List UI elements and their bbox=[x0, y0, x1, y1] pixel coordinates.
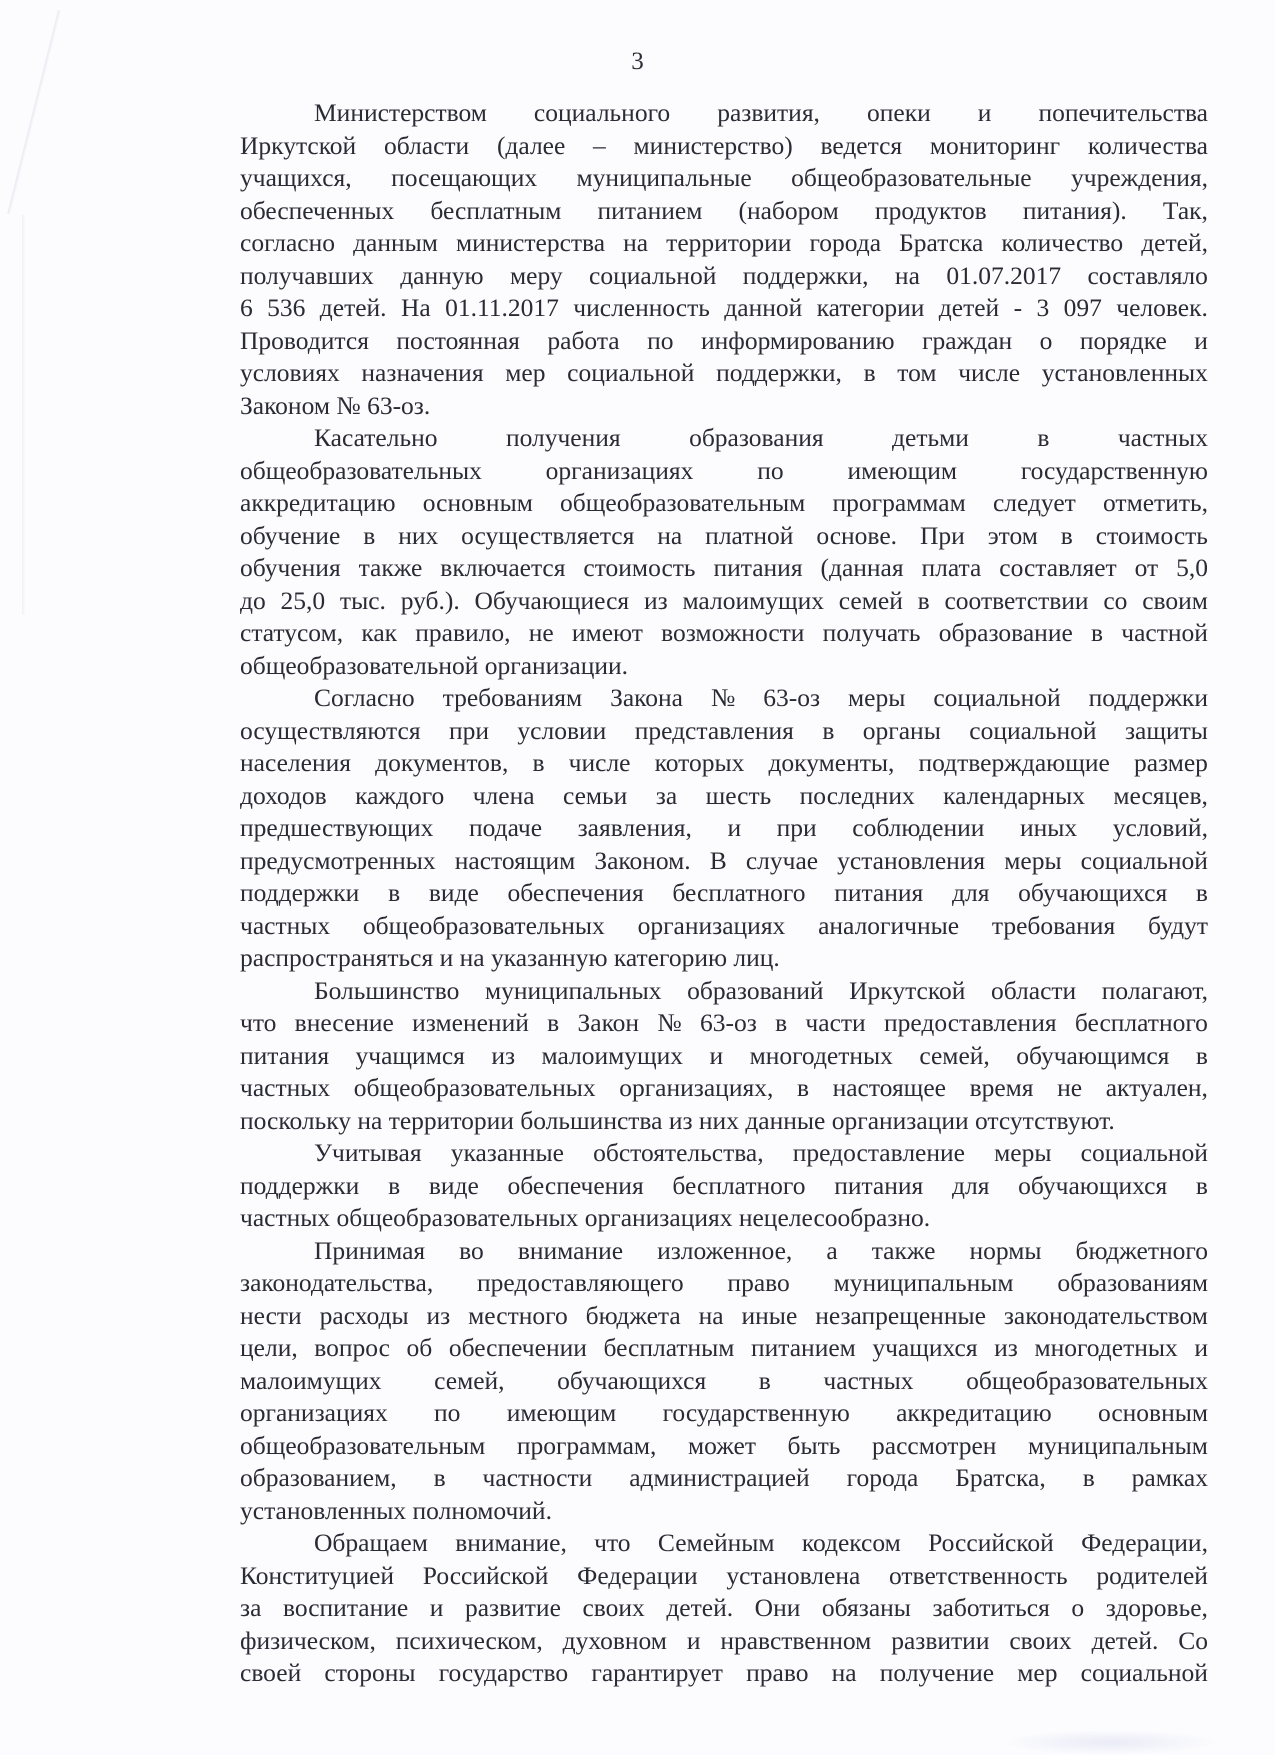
text-line: поддержкиввидеобеспечениябесплатногопита… bbox=[240, 1170, 1208, 1203]
text-line: БольшинствомуниципальныхобразованийИркут… bbox=[240, 975, 1208, 1008]
text-line: организацияхпоимеющимгосударственнуюаккр… bbox=[240, 1397, 1208, 1430]
text-line: физическом,психическом,духовноминравстве… bbox=[240, 1625, 1208, 1658]
text-line: Проводитсяпостояннаяработапоинформирован… bbox=[240, 325, 1208, 358]
paragraph: Учитываяуказанныеобстоятельства,предоста… bbox=[240, 1137, 1208, 1235]
text-line: поддержкиввидеобеспечениябесплатногопита… bbox=[240, 877, 1208, 910]
text-line: законодательства,предоставляющегоправому… bbox=[240, 1267, 1208, 1300]
text-line: своейстороныгосударствогарантируетправон… bbox=[240, 1657, 1208, 1690]
text-line: общеобразовательныхорганизацияхпоимеющим… bbox=[240, 455, 1208, 488]
text-line: Учитываяуказанныеобстоятельства,предоста… bbox=[240, 1137, 1208, 1170]
paragraph: Обращаемвнимание,чтоСемейнымкодексомРосс… bbox=[240, 1527, 1208, 1690]
text-line: малоимущихсемей,обучающихсявчастныхобщео… bbox=[240, 1365, 1208, 1398]
scan-smudge bbox=[1000, 1730, 1220, 1755]
text-line: чтовнесениеизмененийвЗакон№63-озвчастипр… bbox=[240, 1007, 1208, 1040]
text-line: частныхобщеобразовательныхорганизациях,в… bbox=[240, 1072, 1208, 1105]
text-line: предусмотренныхнастоящимЗаконом.Вслучаеу… bbox=[240, 845, 1208, 878]
text-line: получавшихданнуюмерусоциальнойподдержки,… bbox=[240, 260, 1208, 293]
scan-fold-mark bbox=[7, 10, 61, 214]
text-line: установленных полномочий. bbox=[240, 1495, 1208, 1528]
page-number: 3 bbox=[0, 48, 1275, 76]
text-line: частныхобщеобразовательныхорганизацияхан… bbox=[240, 910, 1208, 943]
text-line: обучениятакжевключаетсястоимостьпитания(… bbox=[240, 552, 1208, 585]
text-line: статусом,какправило,неимеютвозможностипо… bbox=[240, 617, 1208, 650]
text-line: образованием,вчастностиадминистрациейгор… bbox=[240, 1462, 1208, 1495]
text-line: предшествующихподачезаявления,иприсоблюд… bbox=[240, 812, 1208, 845]
text-line: 6536детей.На01.11.2017численностьданнойк… bbox=[240, 292, 1208, 325]
text-line: обеспеченныхбесплатнымпитанием(наборомпр… bbox=[240, 195, 1208, 228]
document-body: Министерствомсоциальногоразвития,опекиип… bbox=[240, 97, 1208, 1690]
text-line: Принимаявовниманиеизложенное,атакженормы… bbox=[240, 1235, 1208, 1268]
text-line: питанияучащимсяизмалоимущихимногодетныхс… bbox=[240, 1040, 1208, 1073]
paragraph: Принимаявовниманиеизложенное,атакженормы… bbox=[240, 1235, 1208, 1528]
scan-fold-mark-lower bbox=[22, 215, 25, 615]
text-line: Иркутскойобласти(далее–министерство)веде… bbox=[240, 130, 1208, 163]
document-page: 3 Министерствомсоциальногоразвития,опеки… bbox=[0, 0, 1275, 1755]
paragraph: СогласнотребованиямЗакона№63-озмерысоциа… bbox=[240, 682, 1208, 975]
paragraph: Министерствомсоциальногоразвития,опекиип… bbox=[240, 97, 1208, 422]
text-line: КонституциейРоссийскойФедерацииустановле… bbox=[240, 1560, 1208, 1593]
text-line: аккредитациюосновнымобщеобразовательнымп… bbox=[240, 487, 1208, 520]
text-line: СогласнотребованиямЗакона№63-озмерысоциа… bbox=[240, 682, 1208, 715]
text-line: условияхназначениямерсоциальнойподдержки… bbox=[240, 357, 1208, 390]
text-line: Касательнополученияобразованиядетьмивчас… bbox=[240, 422, 1208, 455]
text-line: частных общеобразовательных организациях… bbox=[240, 1202, 1208, 1235]
text-line: завоспитаниеиразвитиесвоихдетей.Ониобяза… bbox=[240, 1592, 1208, 1625]
text-line: учащихся,посещающихмуниципальныеобщеобра… bbox=[240, 162, 1208, 195]
text-line: Обращаемвнимание,чтоСемейнымкодексомРосс… bbox=[240, 1527, 1208, 1560]
text-line: общеобразовательной организации. bbox=[240, 650, 1208, 683]
text-line: осуществляютсяприусловиипредставлениявор… bbox=[240, 715, 1208, 748]
text-line: населениядокументов,вчислекоторыхдокумен… bbox=[240, 747, 1208, 780]
text-line: цели,вопрособобеспечениибесплатнымпитани… bbox=[240, 1332, 1208, 1365]
paragraph: Касательнополученияобразованиядетьмивчас… bbox=[240, 422, 1208, 682]
text-line: согласноданнымминистерстванатерриторииго… bbox=[240, 227, 1208, 260]
paragraph: БольшинствомуниципальныхобразованийИркут… bbox=[240, 975, 1208, 1138]
text-line: доходовкаждогочленасемьизашестьпоследних… bbox=[240, 780, 1208, 813]
text-line: до25,0тыс.руб.).Обучающиесяизмалоимущихс… bbox=[240, 585, 1208, 618]
text-line: Законом № 63-оз. bbox=[240, 390, 1208, 423]
text-line: обучениевнихосуществляетсянаплатнойоснов… bbox=[240, 520, 1208, 553]
text-line: нестирасходыизместногобюджетанаиныенезап… bbox=[240, 1300, 1208, 1333]
text-line: Министерствомсоциальногоразвития,опекиип… bbox=[240, 97, 1208, 130]
text-line: поскольку на территории большинства из н… bbox=[240, 1105, 1208, 1138]
text-line: общеобразовательнымпрограммам,можетбытьр… bbox=[240, 1430, 1208, 1463]
text-line: распространяться и на указанную категори… bbox=[240, 942, 1208, 975]
